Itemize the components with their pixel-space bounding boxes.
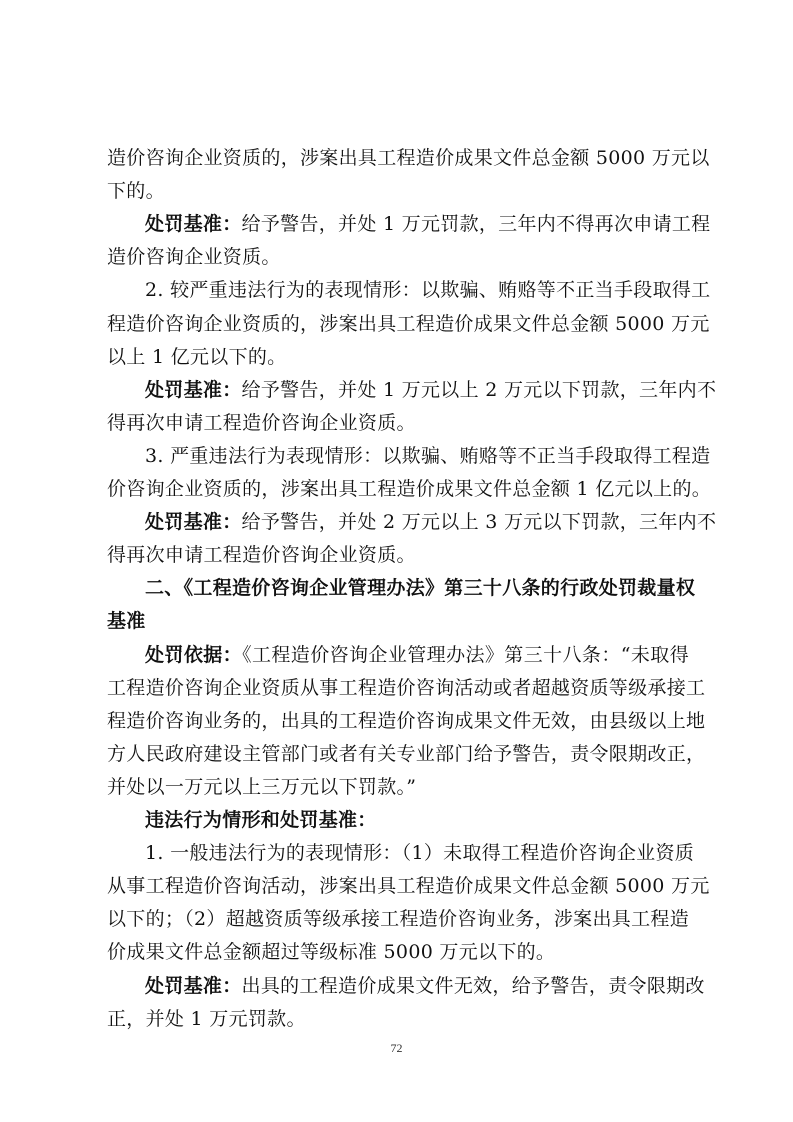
violation-item-1: 1. 一般违法行为的表现情形：（1）未取得工程造价咨询企业资质 (145, 841, 689, 865)
body-text-line: 价咨询企业资质的，涉案出具工程造价成果文件总金额 1 亿元以上的。 (107, 477, 689, 501)
body-text-line: 方人民政府建设主管部门或者有关专业部门给予警告，责令限期改正， (107, 742, 689, 766)
penalty-standard-label: 处罚基准： (145, 975, 242, 997)
penalty-standard-label: 处罚基准： (145, 379, 242, 401)
page-number: 72 (0, 1041, 793, 1056)
penalty-standard-paragraph: 处罚基准：给予警告，并处 1 万元罚款，三年内不得再次申请工程 (145, 212, 689, 236)
penalty-standard-text: 给予警告，并处 1 万元以上 2 万元以下罚款，三年内不 (242, 379, 717, 401)
body-text-line: 并处以一万元以上三万元以下罚款。” (107, 775, 689, 799)
legal-basis-label: 处罚依据： (145, 644, 242, 666)
violation-item-2: 2. 较严重违法行为的表现情形：以欺骗、贿赂等不正当手段取得工 (145, 278, 689, 302)
subheading: 违法行为情形和处罚基准： (145, 808, 689, 832)
section-heading: 二、《工程造价咨询企业管理办法》第三十八条的行政处罚裁量权 (145, 576, 689, 600)
penalty-standard-paragraph: 处罚基准：出具的工程造价成果文件无效，给予警告，责令限期改 (145, 974, 689, 998)
body-text-line: 造价咨询企业资质。 (107, 245, 689, 269)
body-text-line: 以上 1 亿元以下的。 (107, 345, 689, 369)
body-text-line: 得再次申请工程造价咨询企业资质。 (107, 411, 689, 435)
body-text-line: 得再次申请工程造价咨询企业资质。 (107, 543, 689, 567)
body-text-line: 程造价咨询业务的，出具的工程造价咨询成果文件无效，由县级以上地 (107, 709, 689, 733)
body-text-line: 程造价咨询企业资质的，涉案出具工程造价成果文件总金额 5000 万元 (107, 312, 689, 336)
body-text-line: 价成果文件总金额超过等级标准 5000 万元以下的。 (107, 940, 689, 964)
penalty-standard-paragraph: 处罚基准：给予警告，并处 2 万元以上 3 万元以下罚款，三年内不 (145, 510, 689, 534)
body-text-line: 正，并处 1 万元罚款。 (107, 1007, 689, 1031)
body-text-line: 工程造价咨询企业资质从事工程造价咨询活动或者超越资质等级承接工 (107, 676, 689, 700)
document-page: 造价咨询企业资质的，涉案出具工程造价成果文件总金额 5000 万元以 下的。 处… (0, 0, 793, 1122)
body-text-line: 从事工程造价咨询活动，涉案出具工程造价成果文件总金额 5000 万元 (107, 874, 689, 898)
body-text-line: 造价咨询企业资质的，涉案出具工程造价成果文件总金额 5000 万元以 (107, 146, 689, 170)
violation-item-3: 3. 严重违法行为表现情形：以欺骗、贿赂等不正当手段取得工程造 (145, 444, 689, 468)
body-text-line: 下的。 (107, 179, 689, 203)
legal-basis-text: 《工程造价咨询企业管理办法》第三十八条：“未取得 (242, 644, 689, 666)
penalty-standard-text: 给予警告，并处 1 万元罚款，三年内不得再次申请工程 (242, 213, 711, 235)
section-heading-continued: 基准 (107, 609, 689, 633)
body-text-line: 以下的；（2）超越资质等级承接工程造价咨询业务，涉案出具工程造 (107, 907, 689, 931)
penalty-standard-label: 处罚基准： (145, 213, 242, 235)
penalty-standard-label: 处罚基准： (145, 511, 242, 533)
legal-basis-paragraph: 处罚依据：《工程造价咨询企业管理办法》第三十八条：“未取得 (145, 643, 689, 667)
penalty-standard-paragraph: 处罚基准：给予警告，并处 1 万元以上 2 万元以下罚款，三年内不 (145, 378, 689, 402)
penalty-standard-text: 出具的工程造价成果文件无效，给予警告，责令限期改 (242, 975, 705, 997)
penalty-standard-text: 给予警告，并处 2 万元以上 3 万元以下罚款，三年内不 (242, 511, 717, 533)
